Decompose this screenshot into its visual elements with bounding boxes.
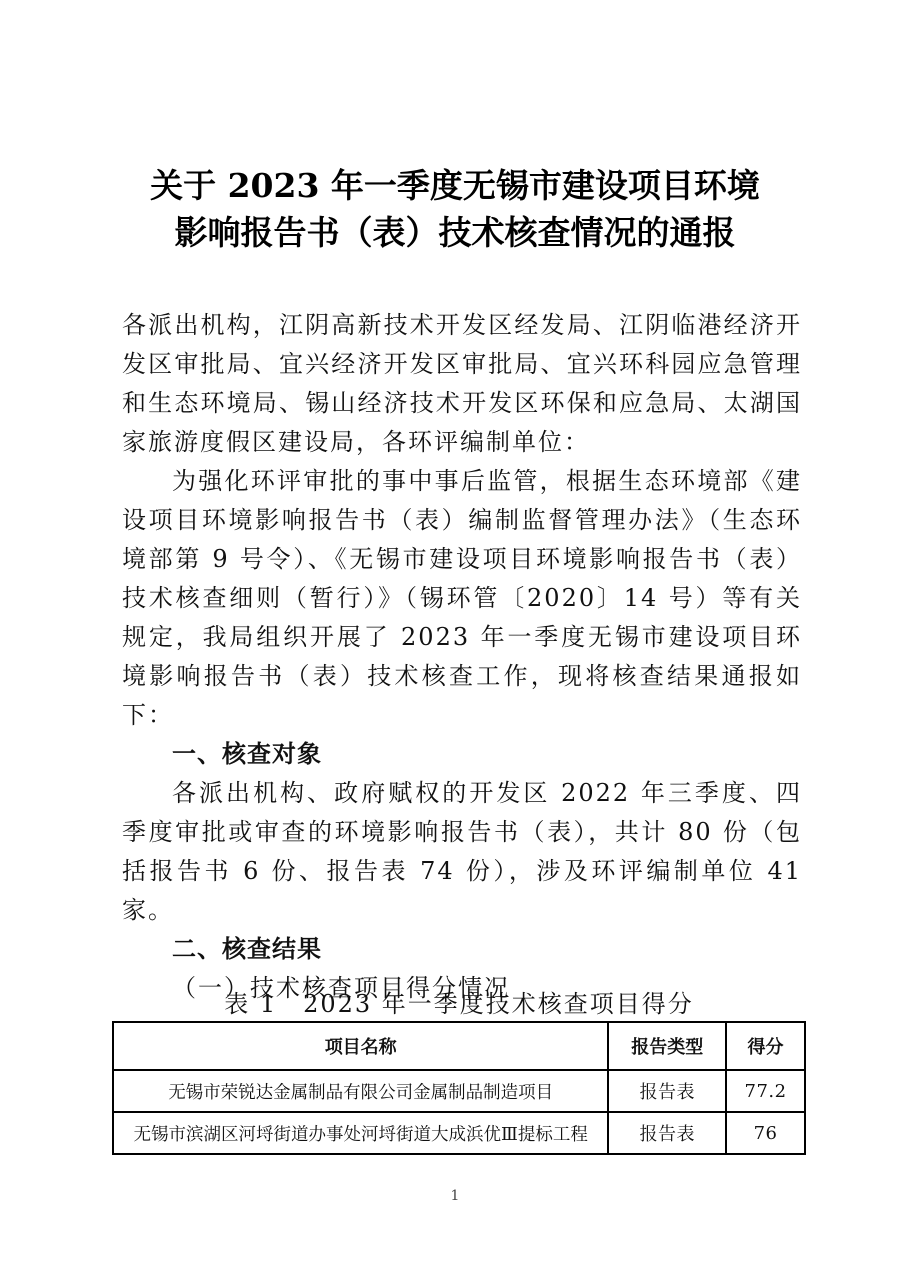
section-1-paragraph: 各派出机构、政府赋权的开发区 2022 年三季度、四季度审批或审查的环境影响报告… — [122, 774, 802, 930]
column-header-report-type: 报告类型 — [608, 1022, 726, 1070]
page-number: 1 — [0, 1188, 910, 1204]
section-2-heading: 二、核查结果 — [122, 930, 802, 969]
table-row: 无锡市滨湖区河埒街道办事处河埒街道大成浜优Ⅲ提标工程 报告表 76 — [113, 1112, 805, 1154]
cell-report-type: 报告表 — [608, 1112, 726, 1154]
table-1-caption: 表 1 2023 年一季度技术核查项目得分 — [112, 989, 806, 1019]
project-scores-table: 项目名称 报告类型 得分 无锡市荣锐达金属制品有限公司金属制品制造项目 报告表 … — [112, 1021, 806, 1155]
document-title-line-1: 关于 2023 年一季度无锡市建设项目环境 — [0, 164, 910, 208]
document-body: 各派出机构，江阴高新技术开发区经发局、江阴临港经济开发区审批局、宜兴经济开发区审… — [122, 306, 802, 1008]
document-page: 关于 2023 年一季度无锡市建设项目环境 影响报告书（表）技术核查情况的通报 … — [0, 0, 910, 1287]
document-title-line-2: 影响报告书（表）技术核查情况的通报 — [0, 211, 910, 255]
cell-score: 76 — [726, 1112, 805, 1154]
table-row: 无锡市荣锐达金属制品有限公司金属制品制造项目 报告表 77.2 — [113, 1070, 805, 1112]
intro-paragraph: 为强化环评审批的事中事后监管，根据生态环境部《建设项目环境影响报告书（表）编制监… — [122, 462, 802, 735]
table-header-row: 项目名称 报告类型 得分 — [113, 1022, 805, 1070]
cell-project-name: 无锡市滨湖区河埒街道办事处河埒街道大成浜优Ⅲ提标工程 — [113, 1112, 608, 1154]
cell-report-type: 报告表 — [608, 1070, 726, 1112]
section-1-heading: 一、核查对象 — [122, 735, 802, 774]
column-header-project-name: 项目名称 — [113, 1022, 608, 1070]
cell-score: 77.2 — [726, 1070, 805, 1112]
cell-project-name: 无锡市荣锐达金属制品有限公司金属制品制造项目 — [113, 1070, 608, 1112]
column-header-score: 得分 — [726, 1022, 805, 1070]
salutation: 各派出机构，江阴高新技术开发区经发局、江阴临港经济开发区审批局、宜兴经济开发区审… — [122, 306, 802, 462]
